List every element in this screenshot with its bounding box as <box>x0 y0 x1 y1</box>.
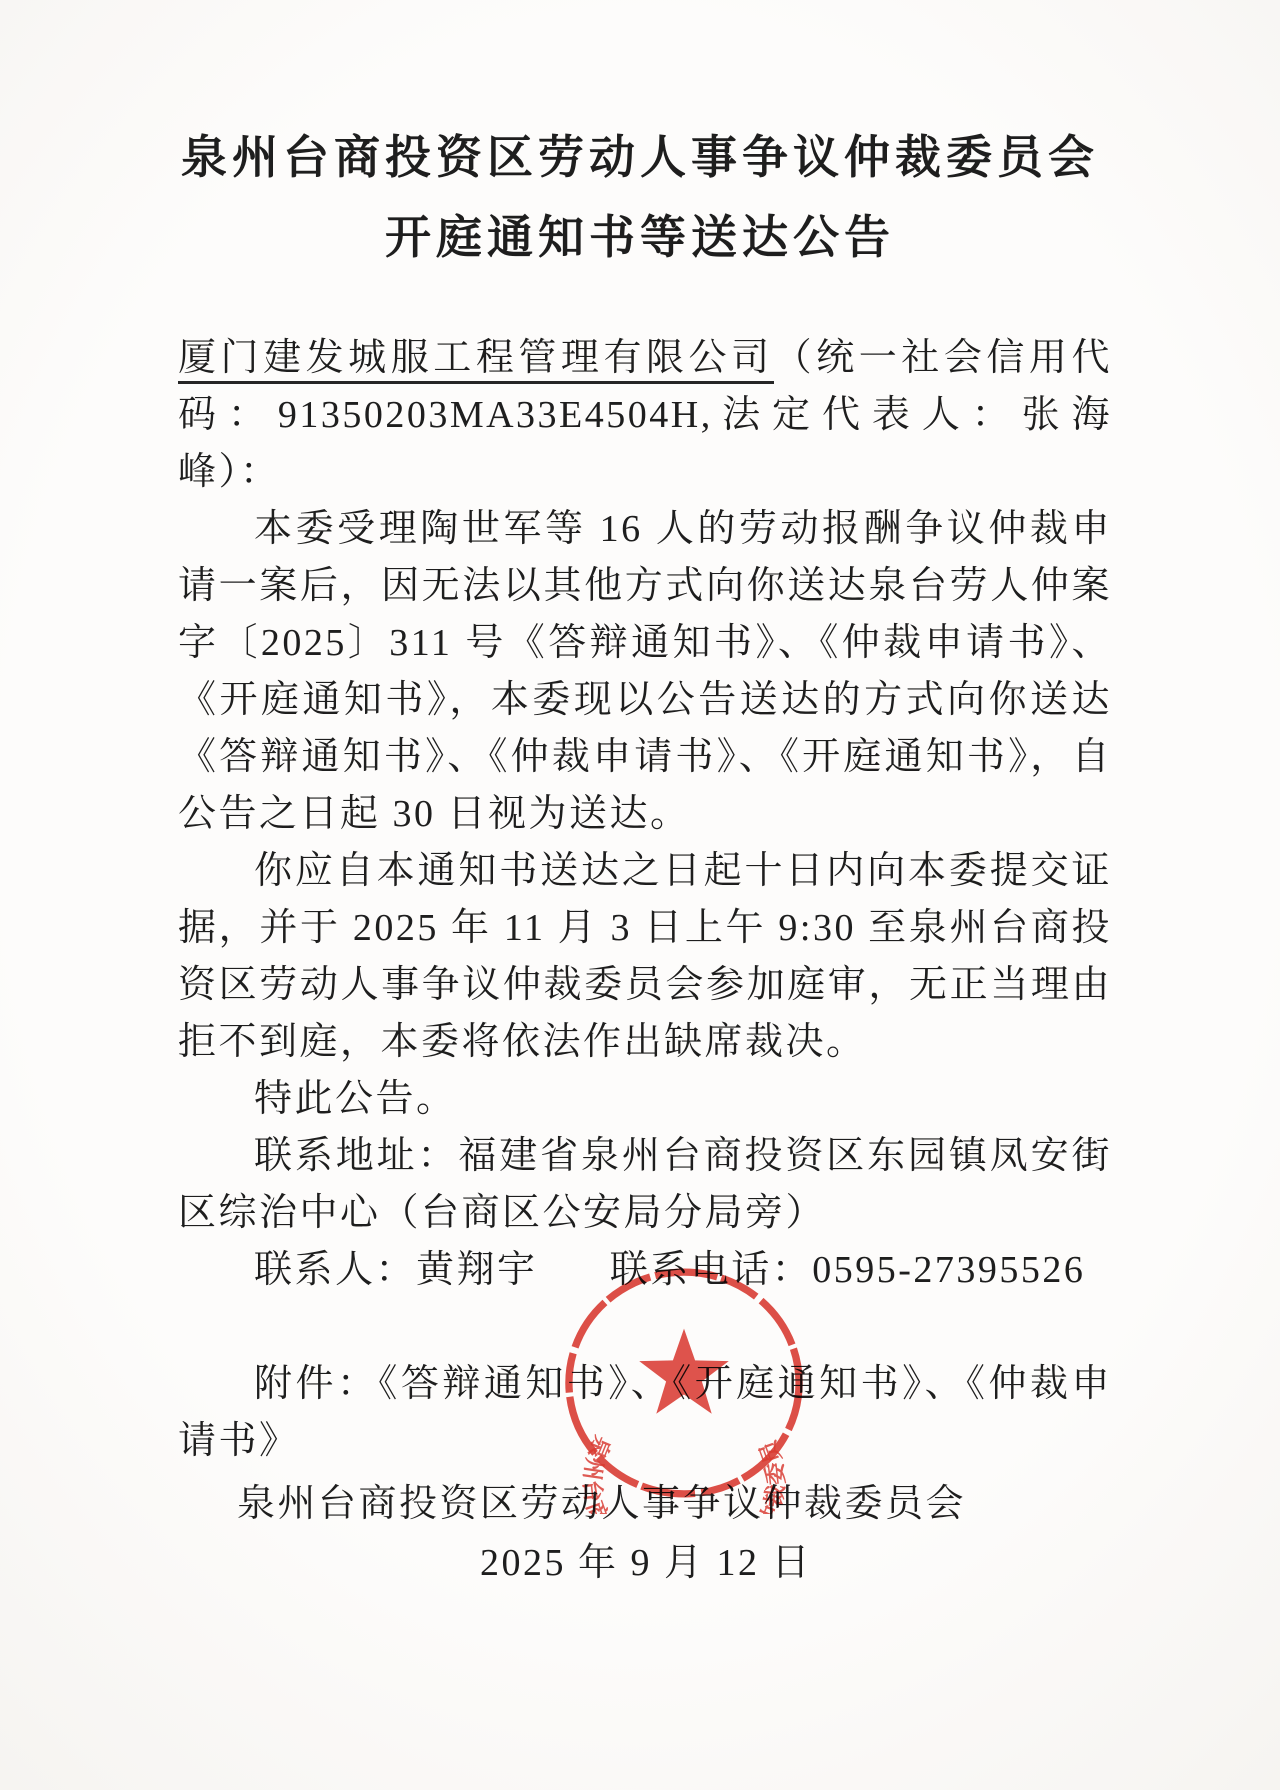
document-page: 泉州台商投资区劳动人事争议仲裁委员会 开庭通知书等送达公告 厦门建发城服工程管理… <box>0 0 1280 1790</box>
contact-person: 黄翔宇 <box>416 1249 538 1291</box>
notice-paragraph: 特此公告。 <box>178 1071 1112 1128</box>
signature-date: 2025 年 9 月 12 日 <box>178 1533 1112 1593</box>
contact-phone: 0595-27395526 <box>812 1249 1085 1291</box>
address-paragraph: 联系地址：福建省泉州台商投资区东园镇凤安街区综治中心（台商区公安局分局旁） <box>178 1128 1112 1242</box>
star-icon <box>639 1329 729 1414</box>
hearing-paragraph: 你应自本通知书送达之日起十日内向本委提交证据，并于 2025 年 11 月 3 … <box>178 843 1112 1071</box>
recipient-paragraph: 厦门建发城服工程管理有限公司（统一社会信用代码：91350203MA33E450… <box>178 330 1112 501</box>
page-title: 泉州台商投资区劳动人事争议仲裁委员会 开庭通知书等送达公告 <box>0 0 1280 278</box>
official-seal: 泉州台商投资区劳动人事争议仲裁委员会 <box>548 1252 820 1514</box>
title-line-1: 泉州台商投资区劳动人事争议仲裁委员会 <box>0 118 1280 198</box>
case-paragraph: 本委受理陶世军等 16 人的劳动报酬争议仲裁申请一案后，因无法以其他方式向你送达… <box>178 501 1112 843</box>
recipient-company-name: 厦门建发城服工程管理有限公司 <box>178 337 774 384</box>
title-line-2: 开庭通知书等送达公告 <box>0 198 1280 278</box>
contact-person-label: 联系人： <box>254 1249 416 1291</box>
